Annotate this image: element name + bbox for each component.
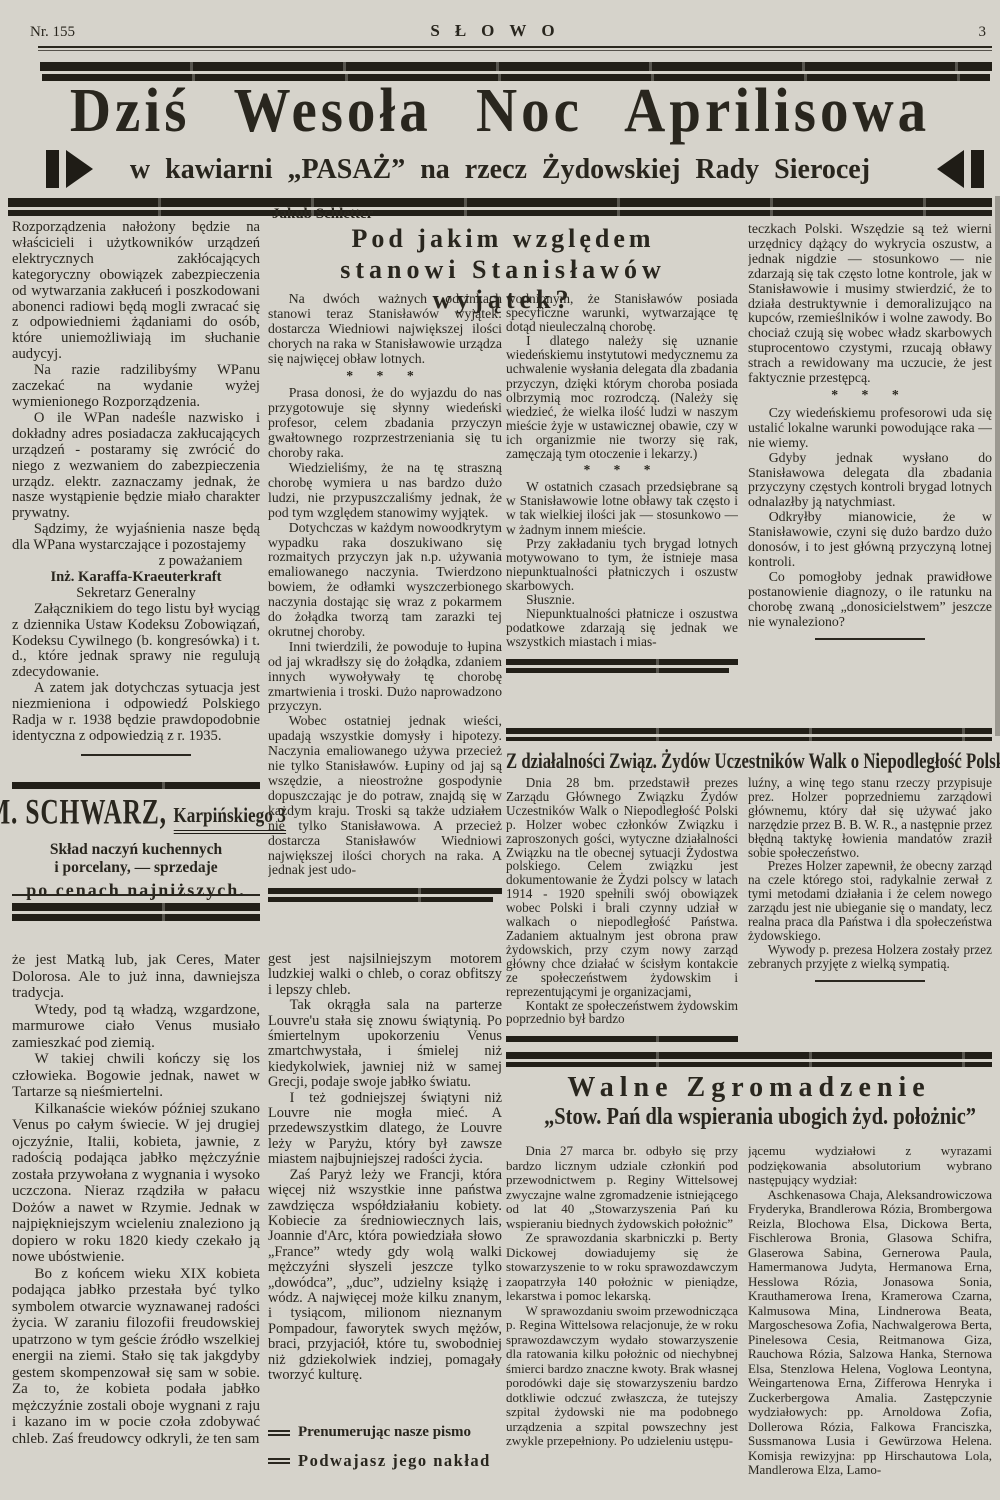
- assembly-title-text: „Stow. Pań dla wspierania ubogich żyd. p…: [544, 1104, 976, 1131]
- paragraph: O ile WPan nadeśle nazwisko i dokładny a…: [12, 411, 260, 522]
- paragraph: Rozporządzenia nałożony będzie na właści…: [12, 220, 260, 363]
- ink-bar: [506, 659, 738, 665]
- ink-bar: [506, 1036, 738, 1042]
- ad-line4: po cenach najniższych.: [12, 880, 260, 901]
- paragraph: Wiedzieliśmy, że na tę straszną chorobę …: [268, 461, 502, 521]
- newspaper-page: Nr. 155 SŁOWO 3 Dziś Wesoła Noc Apriliso…: [0, 0, 1000, 1500]
- paragraph: Tak okrągła sala na parterze Louvre'u st…: [268, 998, 502, 1090]
- paragraph: gest jest najsilniejszym motorem ludzkie…: [268, 952, 502, 998]
- marker-line: [268, 1430, 290, 1432]
- stanislawow-column-2: wodnionym, że Stanisławów posiada specyf…: [506, 292, 738, 740]
- article-end-rule: [815, 980, 925, 982]
- paragraph: Prasa donosi, że do wyjazdu do nas przyg…: [268, 386, 502, 461]
- paragraph: * * *: [748, 386, 992, 406]
- letter-article-text: Rozporządzenia nałożony będzie na właści…: [12, 220, 260, 745]
- paragraph: z poważaniem: [12, 554, 260, 570]
- paragraph: Co pomogłoby jednak prawidłowe postanowi…: [748, 570, 992, 630]
- article-author: Jakub Schletter: [272, 206, 373, 223]
- paragraph: * * *: [506, 461, 738, 480]
- marker-line: [268, 1458, 290, 1460]
- paragraph: W sprawozdaniu swoim przewodnicząca p. R…: [506, 1304, 738, 1449]
- paragraph: Wobec ostatniej jednak wieści, upadają w…: [268, 714, 502, 878]
- article-text: Dnia 27 marca br. odbyło się przy bardzo…: [506, 1144, 738, 1449]
- paragraph: luźny, a winę tego stanu rzeczy przypisu…: [748, 776, 992, 859]
- paragraph: Dnia 27 marca br. odbyło się przy bardzo…: [506, 1144, 738, 1231]
- union-column-1: Dnia 28 bm. przedstawił prezes Zarządu G…: [506, 776, 738, 1048]
- paragraph: Wywody p. prezesa Holzera zostały przez …: [748, 943, 992, 971]
- section-divider-bars: [506, 659, 738, 673]
- assembly-title-line-2: „Stow. Pań dla wspierania ubogich żyd. p…: [506, 1104, 992, 1131]
- paragraph: I dlatego należy się uznanie wiedeńskiem…: [506, 334, 738, 461]
- marker-lines-icon: [268, 1428, 290, 1438]
- section-divider-bars: [268, 888, 502, 902]
- article-text: że jest Matką lub, jak Ceres, Mater Dolo…: [12, 952, 260, 1447]
- paragraph: Przy zakładaniu tych brygad lotnych moty…: [506, 537, 738, 593]
- ink-bar: [12, 914, 260, 921]
- paragraph: Aschkenasowa Chaja, Aleksandrowiczowa Fr…: [748, 1188, 992, 1478]
- article-text: Na dwóch ważnych odcinkach stanowi teraz…: [268, 292, 502, 878]
- article-text: Dnia 28 bm. przedstawił prezes Zarządu G…: [506, 776, 738, 1026]
- marker-line: [268, 1434, 290, 1436]
- article-text: wodnionym, że Stanisławów posiada specyf…: [506, 292, 738, 649]
- paragraph: W takiej chwili kończy się los człowieka…: [12, 1051, 260, 1101]
- ink-bar: [506, 728, 992, 734]
- venus-column-2: gest jest najsilniejszym motorem ludzkie…: [268, 952, 502, 1410]
- assembly-title-line-1: Walne Zgromadzenie: [506, 1072, 992, 1104]
- ink-bar: [506, 737, 992, 741]
- union-article-title: Z działalności Związ. Żydów Uczestników …: [506, 748, 992, 774]
- paragraph: Niepunktualności płatnicze i oszustwa po…: [506, 607, 738, 649]
- paragraph: Bo z końcem wieku XIX kobieta podająca j…: [12, 1266, 260, 1448]
- paragraph: Ze sprawozdania skarbniczki p. Berty Dic…: [506, 1231, 738, 1304]
- article-text: jącemu wydziałowi z wyrazami podziękowan…: [748, 1144, 992, 1478]
- paragraph: Kontakt ze społeczeństwem żydowskim popr…: [506, 999, 738, 1027]
- stanislawow-column-1: Na dwóch ważnych odcinkach stanowi teraz…: [268, 292, 502, 948]
- paragraph: Słusznie.: [506, 593, 738, 607]
- paragraph: A zatem jak dotychczas sytuacja jest nie…: [12, 681, 260, 745]
- scan-edge-artifact: [995, 196, 1000, 736]
- paragraph: teczkach Polski. Wszędzie są też wierni …: [748, 222, 992, 386]
- ink-bar: [8, 210, 992, 216]
- paragraph: wodnionym, że Stanisławów posiada specyf…: [506, 292, 738, 334]
- paragraph: Dotychczas w każdym nowoodkrytym wypadku…: [268, 521, 502, 640]
- paragraph: Załącznikiem do tego listu był wyciąg z …: [12, 602, 260, 682]
- paragraph: Inni twierdzili, że powoduje to łupina o…: [268, 640, 502, 715]
- letter-article-column: Rozporządzenia nałożony będzie na właści…: [12, 220, 260, 780]
- paragraph: W ostatnich czasach przedsiębrane są w S…: [506, 480, 738, 536]
- ad-merchant-name: M. SCHWARZ,: [0, 791, 167, 832]
- ink-bar: [40, 62, 992, 71]
- schwarz-advertisement: M. SCHWARZ, Karpińskiego 3 Skład naczyń …: [12, 794, 260, 914]
- paragraph: Prezes Holzer zapewnił, że obecny zarząd…: [748, 859, 992, 942]
- ink-bar: [8, 198, 992, 207]
- paragraph: jącemu wydziałowi z wyrazami podziękowan…: [748, 1144, 992, 1188]
- ink-bar: [12, 782, 260, 789]
- event-subheadline: w kawiarni „PASAŻ” na rzecz Żydowskiej R…: [0, 152, 1000, 188]
- paragraph: Kilkanaście wieków później szukano Venus…: [12, 1101, 260, 1266]
- ink-bar: [12, 903, 260, 911]
- ink-bar: [506, 1052, 992, 1059]
- stanislawow-column-3: teczkach Polski. Wszędzie są też wierni …: [748, 222, 992, 722]
- header-rule: [38, 46, 992, 51]
- paragraph: Inż. Karaffa-Kraeuterkraft: [12, 570, 260, 586]
- paragraph: Zaś Paryż leży we Francji, która więcej …: [268, 1168, 502, 1384]
- paragraph: Czy wiedeńskiemu profesorowi uda się ust…: [748, 406, 992, 451]
- paragraph: Sekretarz Generalny: [12, 586, 260, 602]
- union-column-2: luźny, a winę tego stanu rzeczy przypisu…: [748, 776, 992, 1038]
- paragraph: Na razie radzilibyśmy WPanu zaczekać na …: [12, 363, 260, 411]
- article-end-rule: [81, 754, 191, 756]
- paragraph: Odkryłby mianowicie, że w Stanisławowie,…: [748, 510, 992, 570]
- ink-bar: [506, 668, 729, 673]
- paragraph: Sądzimy, że wyjaśnienia nasze będą dla W…: [12, 522, 260, 554]
- event-headline: Dziś Wesoła Noc Aprilisowa: [0, 79, 1000, 142]
- ad-line3: i porcelany, — sprzedaje: [12, 859, 260, 877]
- ink-bar: [268, 888, 502, 894]
- promo-line-2: Podwajasz jego nakład: [298, 1451, 502, 1471]
- marker-lines-icon: [268, 1456, 290, 1466]
- venus-column-1: że jest Matką lub, jak Ceres, Mater Dolo…: [12, 952, 260, 1498]
- marker-line: [268, 1462, 290, 1464]
- article-text: gest jest najsilniejszym motorem ludzkie…: [268, 952, 502, 1383]
- paragraph: że jest Matką lub, jak Ceres, Mater Dolo…: [12, 952, 260, 1002]
- title-line-1: Pod jakim względem: [268, 224, 738, 255]
- article-text: luźny, a winę tego stanu rzeczy przypisu…: [748, 776, 992, 971]
- masthead-title: SŁOWO: [0, 21, 1000, 41]
- paragraph: Wtedy, pod tą władzą, wzgardzone, marmur…: [12, 1002, 260, 1052]
- ink-bar: [268, 897, 493, 902]
- paragraph: Na dwóch ważnych odcinkach stanowi teraz…: [268, 292, 502, 367]
- paragraph: * * *: [268, 367, 502, 387]
- assembly-column-2: jącemu wydziałowi z wyrazami podziękowan…: [748, 1144, 992, 1496]
- promo-line-1: Prenumerując nasze pismo: [298, 1424, 502, 1441]
- article-text: teczkach Polski. Wszędzie są też wierni …: [748, 222, 992, 629]
- assembly-column-1: Dnia 27 marca br. odbyło się przy bardzo…: [506, 1144, 738, 1496]
- ad-title-line: M. SCHWARZ, Karpińskiego 3: [34, 794, 237, 834]
- ink-bar: [506, 1062, 992, 1067]
- section-divider-bars: [506, 1036, 738, 1042]
- divider-rule: [12, 894, 260, 896]
- subscription-promo: Prenumerując nasze pismo Podwajasz jego …: [268, 1424, 502, 1471]
- paragraph: I też godniejszej świątyni niż Louvre ni…: [268, 1091, 502, 1168]
- article-end-rule: [815, 638, 925, 640]
- paragraph: Gdyby jednak wysłano do Stanisławowa del…: [748, 451, 992, 511]
- ad-line2: Skład naczyń kuchennych: [12, 841, 260, 859]
- paragraph: Dnia 28 bm. przedstawił prezes Zarządu G…: [506, 776, 738, 999]
- page-number: 3: [979, 24, 987, 41]
